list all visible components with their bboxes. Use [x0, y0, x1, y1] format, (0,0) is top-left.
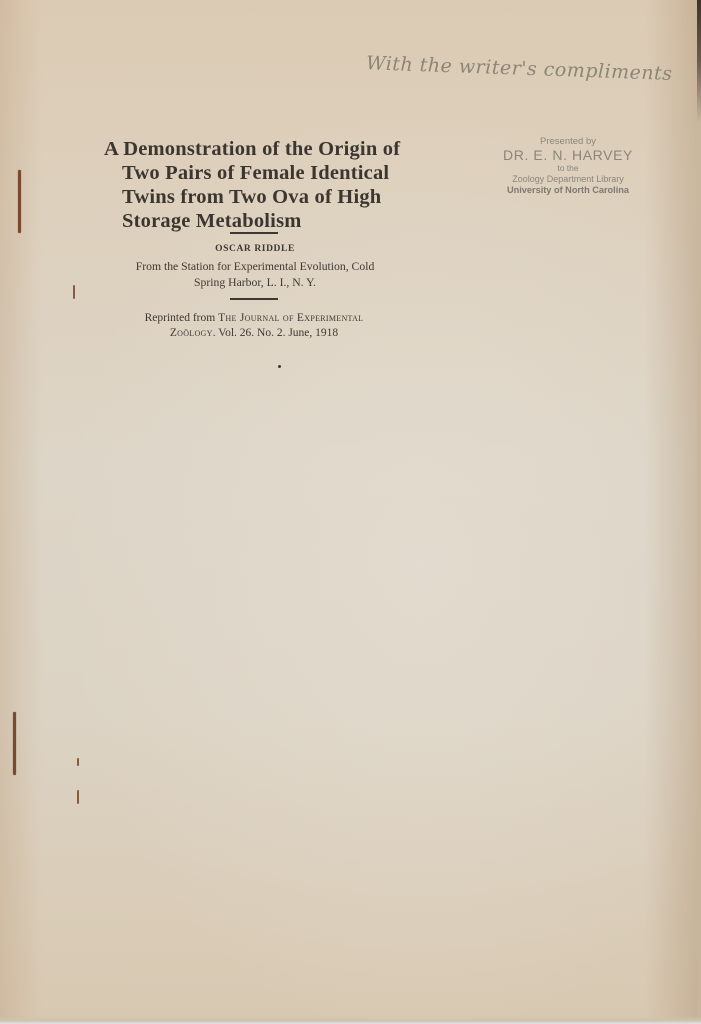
staple-top: [18, 170, 21, 233]
author-name: OSCAR RIDDLE: [100, 244, 410, 254]
divider-rule: [230, 232, 278, 234]
title-line: Two Pairs of Female Identical: [104, 161, 404, 185]
affiliation-line: From the Station for Experimental Evolut…: [100, 259, 410, 275]
page-right-edge: [697, 0, 701, 1024]
journal-name: The Journal of Experimental: [218, 312, 363, 324]
stamp-department: Zoology Department Library: [490, 174, 646, 185]
stamp-presented-by: Presented by: [490, 136, 646, 147]
citation-details: . Vol. 26. No. 2. June, 1918: [213, 327, 338, 339]
divider-rule: [230, 298, 278, 300]
journal-name-cont: Zoölogy: [170, 327, 213, 339]
document-title: A Demonstration of the Origin of Two Pai…: [104, 137, 404, 233]
page-bottom-edge: [0, 1016, 701, 1024]
staple-hole-mark: [77, 790, 79, 804]
title-line: A Demonstration of the Origin of: [104, 137, 404, 161]
stamp-donor: DR. E. N. HARVEY: [490, 147, 646, 163]
title-line: Twins from Two Ova of High: [104, 185, 404, 209]
ink-speck: [278, 365, 281, 368]
stamp-to-the: to the: [490, 163, 646, 174]
staple-bottom: [13, 712, 16, 775]
author-affiliation: From the Station for Experimental Evolut…: [100, 259, 410, 291]
staple-hole-mark: [73, 285, 75, 299]
library-stamp: Presented by DR. E. N. HARVEY to the Zoo…: [490, 136, 646, 196]
stamp-university: University of North Carolina: [490, 185, 646, 196]
staple-hole-mark: [77, 758, 79, 766]
reprint-prefix: Reprinted from: [145, 312, 218, 324]
handwritten-inscription: With the writer's compliments: [366, 52, 697, 86]
document-cover: With the writer's compliments A Demonstr…: [0, 0, 701, 1024]
reprint-citation: Reprinted from The Journal of Experiment…: [104, 311, 404, 341]
affiliation-line: Spring Harbor, L. I., N. Y.: [100, 275, 410, 291]
title-line: Storage Metabolism: [104, 209, 404, 233]
